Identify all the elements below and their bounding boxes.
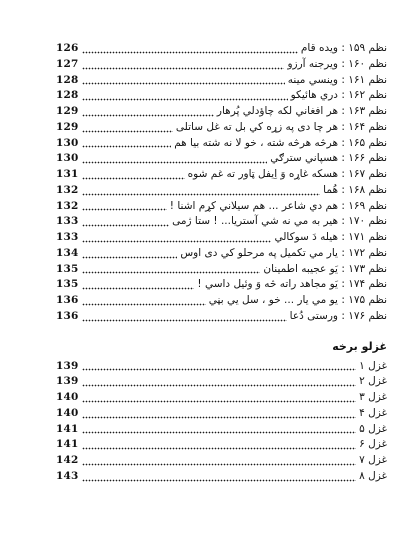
toc-row: غزل ۸ 143 [56, 469, 387, 485]
toc-entry-page: 126 [56, 41, 79, 57]
ghazals-toc-list: غزل ۱ 139 غزل ۲ 139 غزل ۳ 140 غزل ۴ 140 … [56, 359, 387, 485]
toc-entry-title: غزل ۷ [359, 453, 387, 469]
dot-leader [82, 82, 285, 85]
dot-leader [82, 368, 357, 371]
toc-entry-title: نظم ۱۶۵ : هرڅه هرڅه شته ، خو لا نه شته ب… [174, 136, 387, 152]
toc-entry-title: نظم ۱۶۳ : هر افغاني لکه چاؤدلي پُرهار [217, 104, 387, 120]
toc-entry-page: 129 [56, 104, 79, 120]
toc-entry-page: 139 [56, 374, 79, 390]
toc-row: نظم ۱۶۴ : هر چا دی په زړه کي بل ته غل سا… [56, 120, 387, 136]
toc-row: غزل ۷ 142 [56, 453, 387, 469]
toc-entry-title: نظم ۱۵۹ : ویده قام [301, 41, 387, 57]
toc-row: نظم ۱۷۴ : یَو مجاهد راته څه وَ وئیل داسي… [56, 277, 387, 293]
dot-leader [82, 208, 167, 211]
dot-leader [82, 161, 268, 164]
toc-entry-page: 136 [56, 293, 79, 309]
toc-entry-page: 127 [56, 57, 79, 73]
toc-row: غزل ۵ 141 [56, 422, 387, 438]
dot-leader [82, 193, 321, 196]
toc-entry-page: 142 [56, 453, 79, 469]
toc-row: نظم ۱۷۱ : هیله دَ سوکالي 133 [56, 230, 387, 246]
toc-row: غزل ۴ 140 [56, 406, 387, 422]
toc-entry-title: نظم ۱۶۸ : هُما [323, 183, 387, 199]
toc-row: نظم ۱۶۵ : هرڅه هرڅه شته ، خو لا نه شته ب… [56, 136, 387, 152]
dot-leader [82, 177, 185, 180]
toc-entry-page: 129 [56, 120, 79, 136]
toc-entry-title: نظم ۱۶۹ : هم دي شاعر ... هم سیلاني کړم ا… [170, 199, 387, 215]
toc-entry-page: 143 [56, 469, 79, 485]
toc-entry-page: 132 [56, 183, 79, 199]
toc-entry-page: 135 [56, 262, 79, 278]
toc-entry-title: غزل ۸ [359, 469, 387, 485]
dot-leader [82, 98, 288, 101]
toc-row: نظم ۱۶۷ : هسکه غاړه وَ اِیفل ټاور ته غم … [56, 167, 387, 183]
dot-leader [82, 303, 206, 306]
toc-entry-title: نظم ۱۷۰ : هیر به مي نه شي آستریا... ! ست… [172, 214, 387, 230]
toc-row: غزل ۶ 141 [56, 437, 387, 453]
dot-leader [82, 130, 173, 133]
poems-toc-list: نظم ۱۵۹ : ویده قام 126 نظم ۱۶۰ : ویرجنه … [56, 41, 387, 325]
toc-row: نظم ۱۶۱ : وینسي مینه 128 [56, 73, 387, 89]
toc-entry-page: 141 [56, 422, 79, 438]
toc-entry-title: غزل ۶ [359, 437, 387, 453]
toc-row: نظم ۱۷۰ : هیر به مي نه شي آستریا... ! ست… [56, 214, 387, 230]
dot-leader [82, 400, 357, 403]
table-of-contents: نظم ۱۵۹ : ویده قام 126 نظم ۱۶۰ : ویرجنه … [56, 41, 387, 485]
toc-entry-title: نظم ۱۶۲ : دري هائیکو [291, 88, 387, 104]
toc-row: نظم ۱۷۵ : یو مي یار ... خو ، سل یي بڼي 1… [56, 293, 387, 309]
toc-entry-title: غزل ۴ [359, 406, 387, 422]
toc-entry-page: 128 [56, 73, 79, 89]
toc-entry-page: 128 [56, 88, 79, 104]
toc-entry-page: 140 [56, 390, 79, 406]
toc-entry-title: نظم ۱۶۴ : هر چا دی په زړه کي بل ته غل سا… [176, 120, 387, 136]
toc-entry-page: 132 [56, 199, 79, 215]
toc-entry-page: 130 [56, 151, 79, 167]
toc-entry-page: 131 [56, 167, 79, 183]
dot-leader [82, 447, 357, 450]
toc-entry-title: نظم ۱۷۲ : یار مي تکمیل په مرحلو کي دی او… [180, 246, 387, 262]
toc-entry-title: نظم ۱۶۶ : هسپاني سترګي [270, 151, 387, 167]
dot-leader [82, 51, 298, 54]
toc-entry-page: 130 [56, 136, 79, 152]
toc-entry-page: 136 [56, 309, 79, 325]
toc-row: نظم ۱۷۳ : یَو عجیبه اطمینان 135 [56, 262, 387, 278]
toc-row: غزل ۳ 140 [56, 390, 387, 406]
dot-leader [82, 384, 357, 387]
toc-row: نظم ۱۷۲ : یار مي تکمیل په مرحلو کي دی او… [56, 246, 387, 262]
toc-entry-title: نظم ۱۷۱ : هیله دَ سوکالي [274, 230, 387, 246]
toc-row: نظم ۱۶۹ : هم دي شاعر ... هم سیلاني کړم ا… [56, 199, 387, 215]
dot-leader [82, 224, 170, 227]
toc-entry-page: 133 [56, 214, 79, 230]
toc-entry-title: نظم ۱۶۱ : وینسي مینه [288, 73, 387, 89]
dot-leader [82, 319, 287, 322]
dot-leader [82, 145, 172, 148]
toc-entry-title: غزل ۲ [359, 374, 387, 390]
toc-entry-title: نظم ۱۷۳ : یَو عجیبه اطمینان [263, 262, 387, 278]
toc-entry-page: 141 [56, 437, 79, 453]
ghazals-section-header: غزلو برخه [56, 340, 387, 354]
toc-row: غزل ۲ 139 [56, 374, 387, 390]
toc-entry-page: 134 [56, 246, 79, 262]
toc-row: نظم ۱۶۲ : دري هائیکو 128 [56, 88, 387, 104]
toc-entry-title: غزل ۳ [359, 390, 387, 406]
toc-entry-page: 139 [56, 359, 79, 375]
dot-leader [82, 256, 178, 259]
toc-entry-title: غزل ۱ [359, 359, 387, 375]
toc-entry-title: نظم ۱۷۵ : یو مي یار ... خو ، سل یي بڼي [209, 293, 387, 309]
toc-entry-title: غزل ۵ [359, 422, 387, 438]
toc-row: نظم ۱۵۹ : ویده قام 126 [56, 41, 387, 57]
toc-entry-page: 135 [56, 277, 79, 293]
dot-leader [82, 287, 195, 290]
dot-leader [82, 240, 272, 243]
dot-leader [82, 67, 285, 70]
toc-row: غزل ۱ 139 [56, 359, 387, 375]
dot-leader [82, 114, 214, 117]
toc-row: نظم ۱۶۳ : هر افغاني لکه چاؤدلي پُرهار 12… [56, 104, 387, 120]
book-page: نظم ۱۵۹ : ویده قام 126 نظم ۱۶۰ : ویرجنه … [0, 0, 420, 544]
toc-entry-page: 140 [56, 406, 79, 422]
toc-entry-title: نظم ۱۶۰ : ویرجنه آرزو [287, 57, 387, 73]
toc-entry-title: نظم ۱۶۷ : هسکه غاړه وَ اِیفل ټاور ته غم … [188, 167, 387, 183]
toc-entry-title: نظم ۱۷۴ : یَو مجاهد راته څه وَ وئیل داسي… [197, 277, 387, 293]
toc-entry-title: نظم ۱۷۶ : ورستی دُعا [290, 309, 387, 325]
dot-leader [82, 479, 357, 482]
toc-row: نظم ۱۷۶ : ورستی دُعا 136 [56, 309, 387, 325]
dot-leader [82, 431, 357, 434]
toc-row: نظم ۱۶۰ : ویرجنه آرزو 127 [56, 57, 387, 73]
dot-leader [82, 416, 357, 419]
dot-leader [82, 463, 357, 466]
toc-row: نظم ۱۶۶ : هسپاني سترګي 130 [56, 151, 387, 167]
toc-row: نظم ۱۶۸ : هُما 132 [56, 183, 387, 199]
toc-entry-page: 133 [56, 230, 79, 246]
dot-leader [82, 271, 261, 274]
